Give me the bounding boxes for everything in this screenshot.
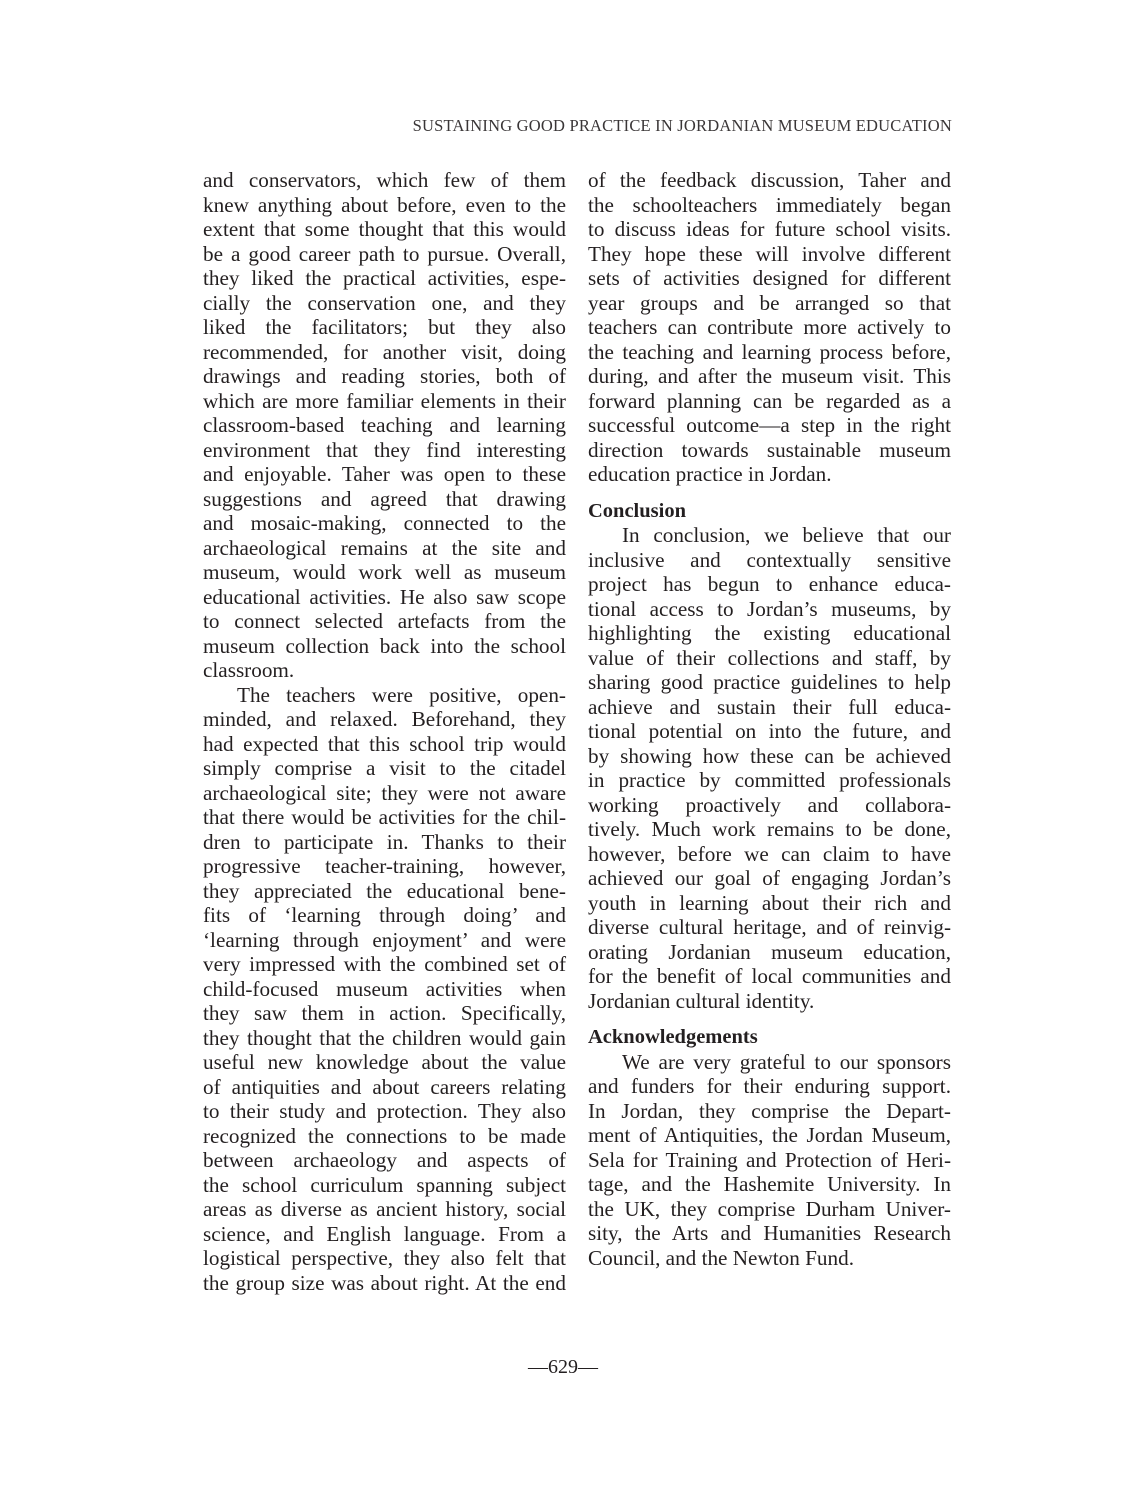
text-line: ‘learning through enjoyment’ and were	[203, 928, 566, 953]
text-line: and enjoyable. Taher was open to these	[203, 462, 566, 487]
text-line: and conservators, which few of them	[203, 168, 566, 193]
text-line: direction towards sustainable museum	[588, 438, 951, 463]
text-line: the schoolteachers immediately began	[588, 193, 951, 218]
section-heading-acknowledgements: Acknowledgements	[588, 1025, 951, 1050]
text-line: that there would be activities for the c…	[203, 805, 566, 830]
text-line: drawings and reading stories, both of	[203, 364, 566, 389]
left-column: and conservators, which few of them knew…	[203, 168, 566, 1295]
paragraph: The teachers were positive, open- minded…	[203, 683, 566, 1296]
text-line: simply comprise a visit to the citadel	[203, 756, 566, 781]
section-heading-conclusion: Conclusion	[588, 499, 951, 524]
text-line: museum, would work well as museum	[203, 560, 566, 585]
text-line: highlighting the existing educational	[588, 621, 951, 646]
text-line: educational activities. He also saw scop…	[203, 585, 566, 610]
text-line: they thought that the children would gai…	[203, 1026, 566, 1051]
text-line: We are very grateful to our sponsors	[588, 1050, 951, 1075]
text-line: be a good career path to pursue. Overall…	[203, 242, 566, 267]
text-line: in practice by committed professionals	[588, 768, 951, 793]
text-line: for the benefit of local communities and	[588, 964, 951, 989]
text-line: child-focused museum activities when	[203, 977, 566, 1002]
text-line: inclusive and contextually sensitive	[588, 548, 951, 573]
text-line: education practice in Jordan.	[588, 462, 951, 487]
text-line: Sela for Training and Protection of Heri…	[588, 1148, 951, 1173]
text-line: teachers can contribute more actively to	[588, 315, 951, 340]
text-line: year groups and be arranged so that	[588, 291, 951, 316]
text-line: ment of Antiquities, the Jordan Museum,	[588, 1123, 951, 1148]
text-line: orating Jordanian museum education,	[588, 940, 951, 965]
text-line: areas as diverse as ancient history, soc…	[203, 1197, 566, 1222]
text-line: classroom.	[203, 658, 566, 683]
text-line: archaeological remains at the site and	[203, 536, 566, 561]
text-line: logistical perspective, they also felt t…	[203, 1246, 566, 1271]
text-line: however, before we can claim to have	[588, 842, 951, 867]
text-line: youth in learning about their rich and	[588, 891, 951, 916]
text-line: and funders for their enduring support.	[588, 1074, 951, 1099]
text-line: useful new knowledge about the value	[203, 1050, 566, 1075]
text-line: by showing how these can be achieved	[588, 744, 951, 769]
text-line: sets of activities designed for differen…	[588, 266, 951, 291]
text-line: fits of ‘learning through doing’ and	[203, 903, 566, 928]
text-line: tional access to Jordan’s museums, by	[588, 597, 951, 622]
text-line: Jordanian cultural identity.	[588, 989, 951, 1014]
paragraph: of the feedback discussion, Taher and th…	[588, 168, 951, 487]
text-line: dren to participate in. Thanks to their	[203, 830, 566, 855]
text-line: recommended, for another visit, doing	[203, 340, 566, 365]
text-line: very impressed with the combined set of	[203, 952, 566, 977]
text-line: successful outcome—a step in the right	[588, 413, 951, 438]
acknowledgements-section: Acknowledgements We are very grateful to…	[588, 1025, 951, 1270]
text-line: environment that they find interesting	[203, 438, 566, 463]
text-line: extent that some thought that this would	[203, 217, 566, 242]
text-line: tional potential on into the future, and	[588, 719, 951, 744]
text-line: They hope these will involve different	[588, 242, 951, 267]
page-number: —629—	[0, 1356, 1126, 1379]
text-line: archaeological site; they were not aware	[203, 781, 566, 806]
text-line: to connect selected artefacts from the	[203, 609, 566, 634]
text-line: minded, and relaxed. Beforehand, they	[203, 707, 566, 732]
text-line: science, and English language. From a	[203, 1222, 566, 1247]
text-line: achieve and sustain their full educa-	[588, 695, 951, 720]
text-line: to discuss ideas for future school visit…	[588, 217, 951, 242]
text-line: value of their collections and staff, by	[588, 646, 951, 671]
text-line: they appreciated the educational bene-	[203, 879, 566, 904]
conclusion-section: Conclusion In conclusion, we believe tha…	[588, 499, 951, 1014]
text-line: which are more familiar elements in thei…	[203, 389, 566, 414]
text-line: tage, and the Hashemite University. In	[588, 1172, 951, 1197]
text-line: the school curriculum spanning subject	[203, 1173, 566, 1198]
text-line: tively. Much work remains to be done,	[588, 817, 951, 842]
text-line: between archaeology and aspects of	[203, 1148, 566, 1173]
text-line: the UK, they comprise Durham Univer-	[588, 1197, 951, 1222]
text-line: progressive teacher-training, however,	[203, 854, 566, 879]
text-line: achieved our goal of engaging Jordan’s	[588, 866, 951, 891]
text-line: they liked the practical activities, esp…	[203, 266, 566, 291]
text-line: In Jordan, they comprise the Depart-	[588, 1099, 951, 1124]
running-head: SUSTAINING GOOD PRACTICE IN JORDANIAN MU…	[300, 116, 952, 136]
text-line: sity, the Arts and Humanities Research	[588, 1221, 951, 1246]
text-line: working proactively and collabora-	[588, 793, 951, 818]
text-line: to their study and protection. They also	[203, 1099, 566, 1124]
text-line: the teaching and learning process before…	[588, 340, 951, 365]
text-line: Council, and the Newton Fund.	[588, 1246, 951, 1271]
text-line: diverse cultural heritage, and of reinvi…	[588, 915, 951, 940]
text-line: The teachers were positive, open-	[203, 683, 566, 708]
right-column: of the feedback discussion, Taher and th…	[588, 168, 951, 1270]
text-line: suggestions and agreed that drawing	[203, 487, 566, 512]
text-line: of the feedback discussion, Taher and	[588, 168, 951, 193]
text-line: project has begun to enhance educa-	[588, 572, 951, 597]
text-line: cially the conservation one, and they	[203, 291, 566, 316]
text-line: classroom-based teaching and learning	[203, 413, 566, 438]
text-line: museum collection back into the school	[203, 634, 566, 659]
text-line: of antiquities and about careers relatin…	[203, 1075, 566, 1100]
text-line: had expected that this school trip would	[203, 732, 566, 757]
paragraph: and conservators, which few of them knew…	[203, 168, 566, 683]
text-line: the group size was about right. At the e…	[203, 1271, 566, 1296]
text-line: they saw them in action. Specifically,	[203, 1001, 566, 1026]
text-line: during, and after the museum visit. This	[588, 364, 951, 389]
text-line: In conclusion, we believe that our	[588, 523, 951, 548]
text-line: sharing good practice guidelines to help	[588, 670, 951, 695]
text-line: knew anything about before, even to the	[203, 193, 566, 218]
text-line: liked the facilitators; but they also	[203, 315, 566, 340]
text-line: and mosaic-making, connected to the	[203, 511, 566, 536]
text-line: recognized the connections to be made	[203, 1124, 566, 1149]
text-line: forward planning can be regarded as a	[588, 389, 951, 414]
